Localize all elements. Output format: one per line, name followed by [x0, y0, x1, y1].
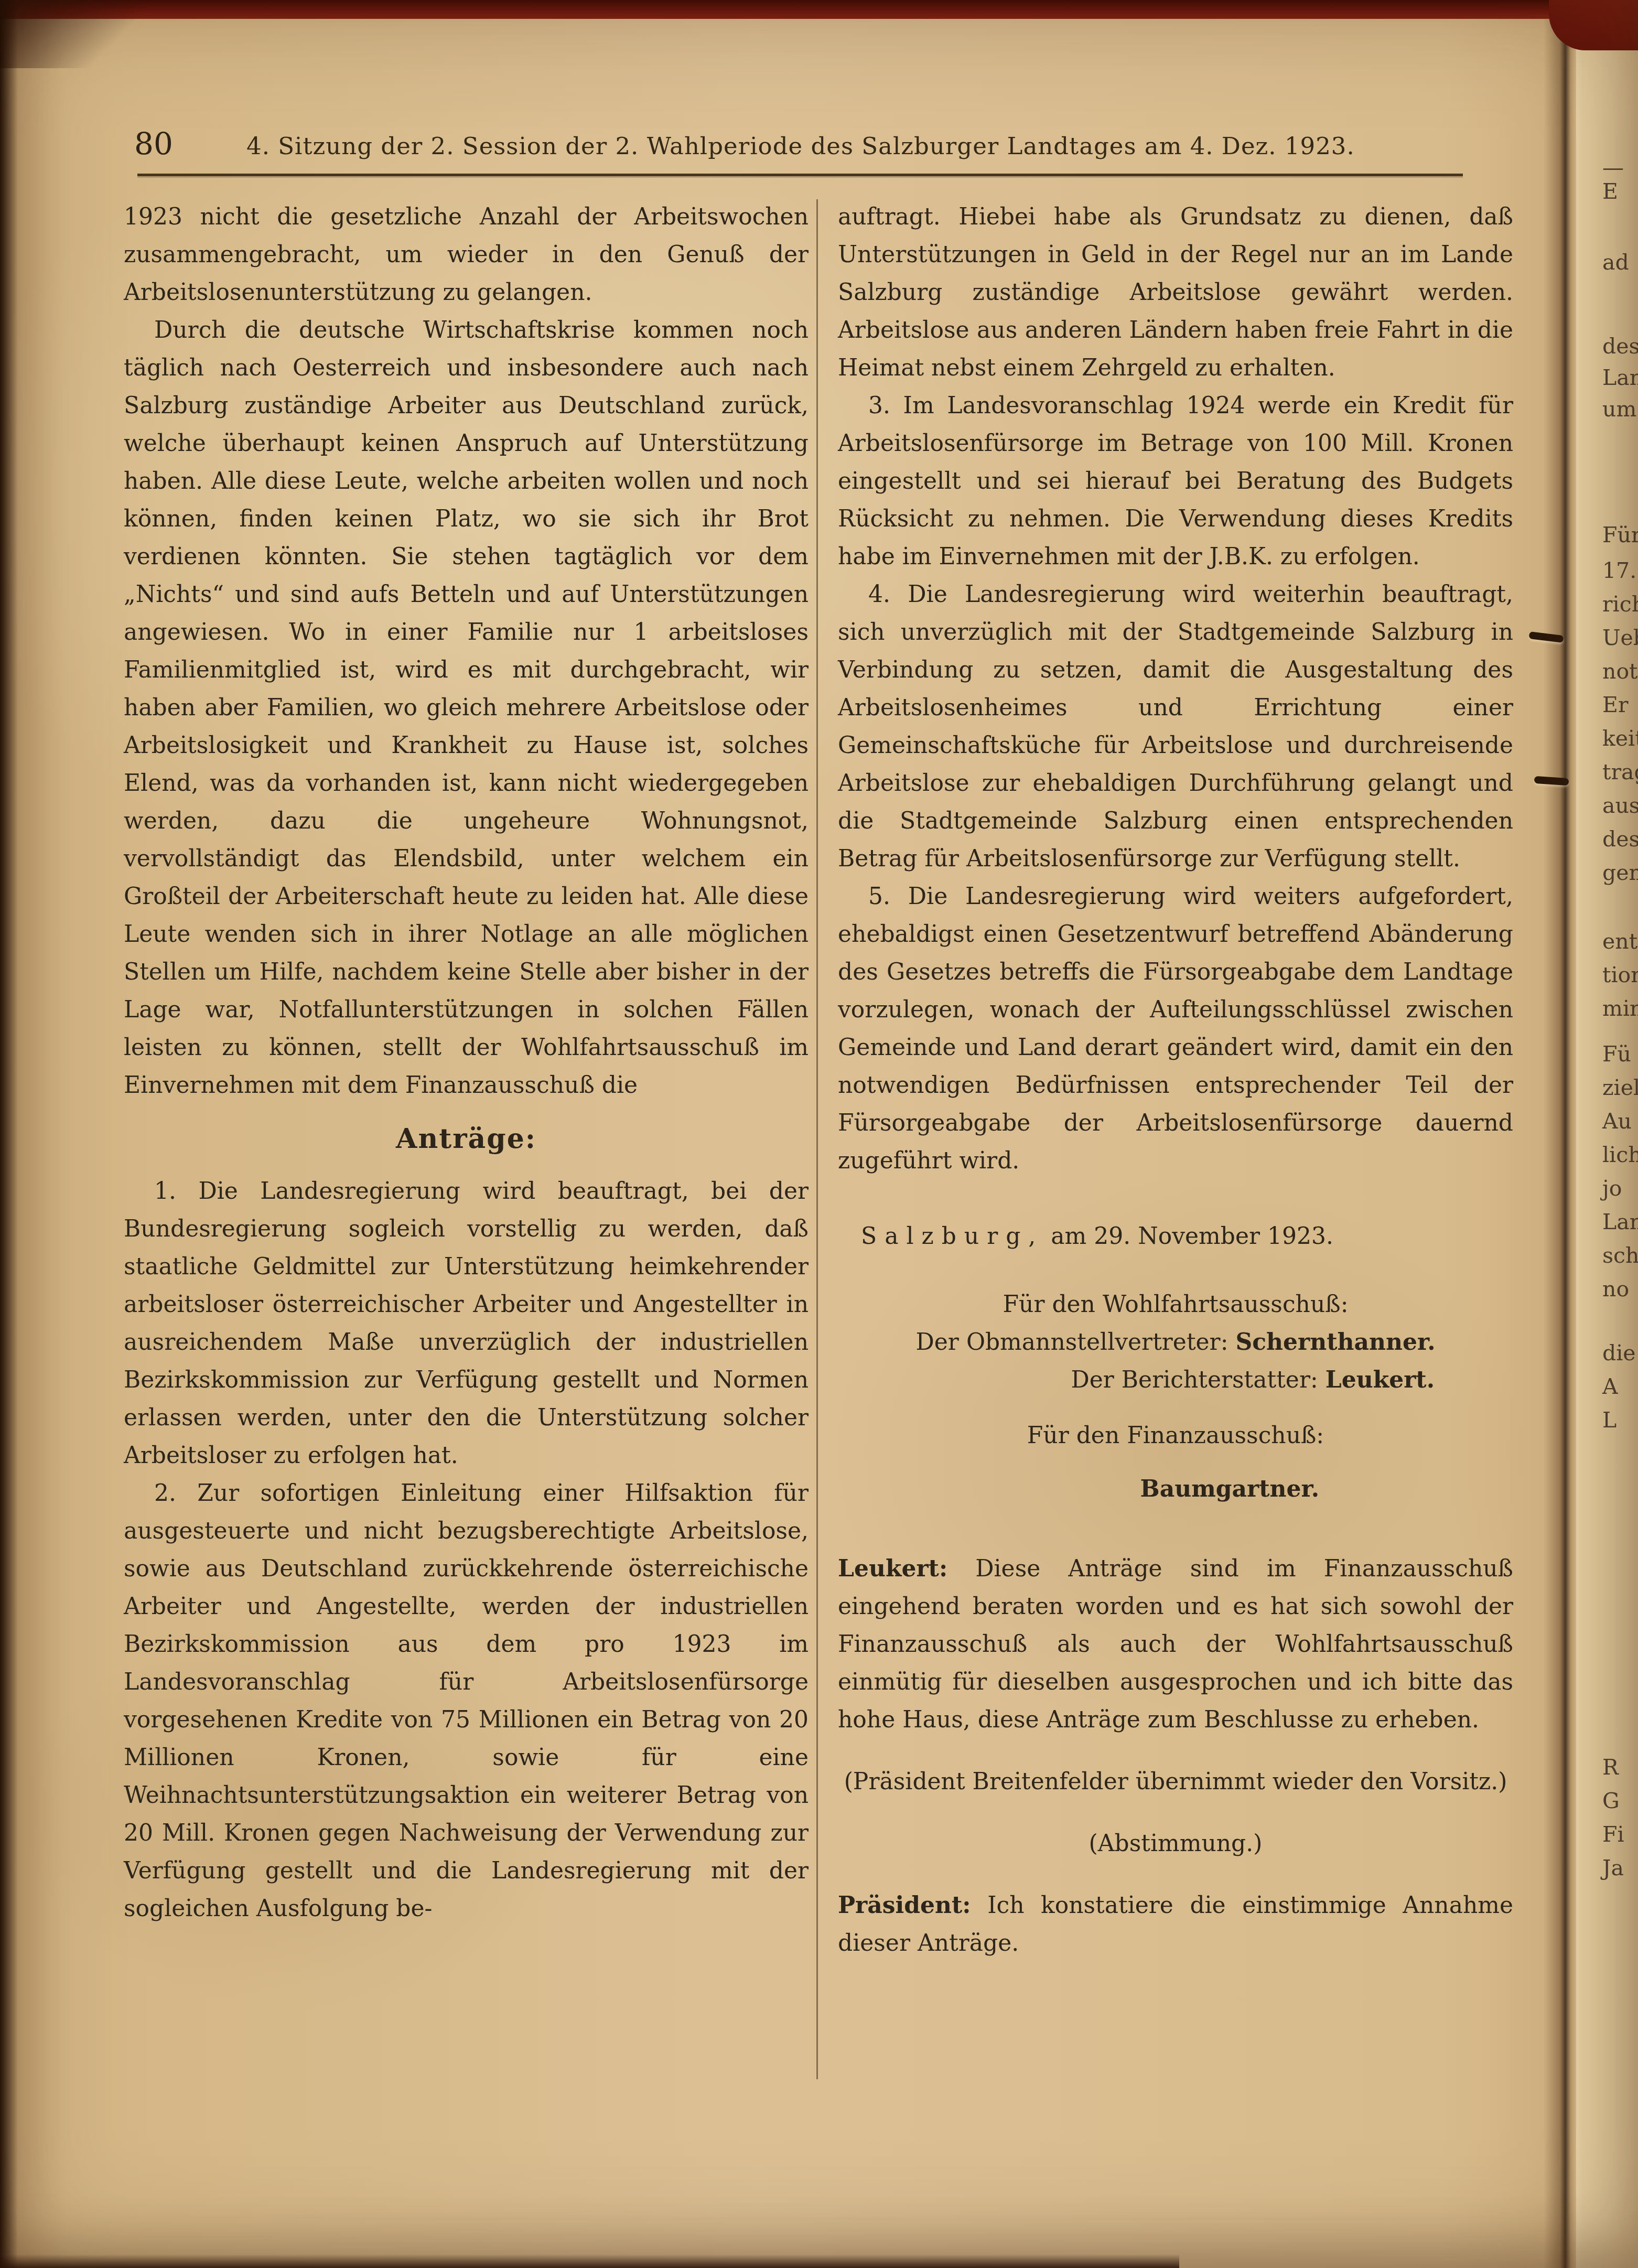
neighbor-text-fragment: um: [1602, 399, 1636, 420]
neighbor-text-fragment: sch: [1602, 1245, 1638, 1266]
screenshot-root: { "page": { "number": "80", "header_titl…: [0, 0, 1638, 2268]
neighbor-text-fragment: R: [1602, 1757, 1619, 1778]
neighbor-text-fragment: no: [1602, 1278, 1629, 1300]
dateline-date: am 29. November 1923.: [1051, 1223, 1333, 1250]
dateline-city: Salzburg,: [861, 1223, 1043, 1250]
neighbor-text-fragment: L: [1602, 1410, 1617, 1431]
column-divider: [816, 199, 818, 2079]
neighbor-text-fragment: Er: [1602, 694, 1629, 716]
motion-item-2: 2. Zur sofortigen Einleitung einer Hilfs…: [124, 1475, 809, 1928]
neighbor-text-fragment: Ueb: [1602, 627, 1638, 649]
motion-item-4: 4. Die Landesregierung wird weiterhin be…: [838, 576, 1513, 878]
motion-item-1: 1. Die Landesregierung wird beauftragt, …: [124, 1173, 809, 1475]
neighbor-text-fragment: 17.: [1602, 560, 1636, 582]
page-number: 80: [134, 126, 173, 162]
signature-obmann: Der Obmannstellvertreter: Schernthanner.: [838, 1324, 1513, 1361]
neighbor-text-fragment: E: [1602, 181, 1618, 202]
neighbor-text-fragment: lich: [1602, 1144, 1638, 1166]
neighbor-text-fragment: ziel: [1602, 1077, 1638, 1099]
neighbor-text-fragment: aus: [1602, 795, 1638, 816]
neighbor-text-fragment: die: [1602, 1342, 1636, 1364]
adjacent-page-edge: — E ad des Lan um Für 17. rich Ueb notw …: [1576, 0, 1638, 2268]
header-rule: [137, 174, 1463, 176]
neighbor-text-fragment: des: [1602, 829, 1638, 850]
neighbor-text-fragment: gem: [1602, 862, 1638, 884]
paragraph-crisis: Durch die deutsche Wirtschaftskrise komm…: [124, 311, 809, 1104]
signature-name: Baumgartner.: [1140, 1476, 1319, 1502]
neighbor-text-fragment: keit: [1602, 728, 1638, 749]
neighbor-text-fragment: jo: [1602, 1178, 1622, 1199]
antraege-heading: Anträge:: [124, 1120, 809, 1158]
signature-committee-welfare: Für den Wohlfahrtsausschuß:: [838, 1286, 1513, 1324]
scan-edge-left: [0, 0, 18, 2268]
neighbor-text-fragment: des: [1602, 336, 1638, 357]
left-column: 1923 nicht die gesetzliche Anzahl der Ar…: [124, 198, 809, 1928]
scan-edge-top: [0, 0, 1638, 19]
stage-direction-vote: (Abstimmung.): [838, 1825, 1513, 1863]
signature-role: Der Berichterstatter:: [1071, 1367, 1318, 1393]
neighbor-text-fragment: tion: [1602, 964, 1638, 986]
running-header: 4. Sitzung der 2. Session der 2. Wahlper…: [246, 132, 1337, 160]
right-column: auftragt. Hiebei habe als Grundsatz zu d…: [838, 198, 1513, 1962]
speech-leukert: Leukert: Diese Anträge sind im Finanzaus…: [838, 1550, 1513, 1739]
neighbor-text-fragment: min: [1602, 998, 1638, 1019]
neighbor-text-fragment: rich: [1602, 594, 1638, 615]
signature-role: Der Obmannstellvertreter:: [916, 1329, 1228, 1356]
neighbor-text-fragment: —: [1602, 157, 1624, 179]
neighbor-text-fragment: ent: [1602, 931, 1637, 952]
dateline: Salzburg, am 29. November 1923.: [838, 1218, 1513, 1255]
scan-edge-top-left: [0, 0, 157, 68]
speech-president: Präsident: Ich konstatiere die einstimmi…: [838, 1887, 1513, 1962]
neighbor-text-fragment: ad: [1602, 252, 1629, 273]
paragraph-continuation: 1923 nicht die gesetzliche Anzahl der Ar…: [124, 198, 809, 311]
neighbor-text-fragment: Für: [1602, 524, 1638, 546]
motion-item-2-continued: auftragt. Hiebei habe als Grundsatz zu d…: [838, 198, 1513, 387]
neighbor-text-fragment: G: [1602, 1790, 1620, 1812]
signature-name: Schernthanner.: [1235, 1329, 1435, 1356]
scan-edge-bottom: [0, 2254, 1179, 2268]
neighbor-text-fragment: Au: [1602, 1111, 1632, 1132]
neighbor-text-fragment: Lan: [1602, 367, 1638, 389]
neighbor-text-fragment: trag: [1602, 761, 1638, 783]
neighbor-text-fragment: notw: [1602, 661, 1638, 682]
signature-berichterstatter: Der Berichterstatter: Leukert.: [838, 1361, 1513, 1399]
speaker-name: Leukert:: [838, 1555, 947, 1582]
signature-committee-finance: Für den Finanzausschuß:: [838, 1417, 1513, 1455]
book-scan: — E ad des Lan um Für 17. rich Ueb notw …: [0, 0, 1638, 2268]
neighbor-text-fragment: Lan: [1602, 1211, 1638, 1233]
motion-item-3: 3. Im Landesvoranschlag 1924 werde ein K…: [838, 387, 1513, 576]
signature-baumgartner: Baumgartner.: [838, 1470, 1513, 1508]
neighbor-text-fragment: A: [1602, 1376, 1618, 1398]
neighbor-text-fragment: Fü: [1602, 1044, 1631, 1065]
neighbor-text-fragment: Ja: [1602, 1857, 1624, 1879]
page-gutter-fold: [1544, 0, 1582, 2268]
neighbor-text-fragment: Fi: [1602, 1824, 1624, 1845]
signature-name: Leukert.: [1326, 1367, 1435, 1393]
stage-direction-president-returns: (Präsident Breitenfelder übernimmt wiede…: [838, 1763, 1513, 1801]
speaker-name: Präsident:: [838, 1892, 971, 1919]
motion-item-5: 5. Die Landesregierung wird weiters aufg…: [838, 878, 1513, 1180]
